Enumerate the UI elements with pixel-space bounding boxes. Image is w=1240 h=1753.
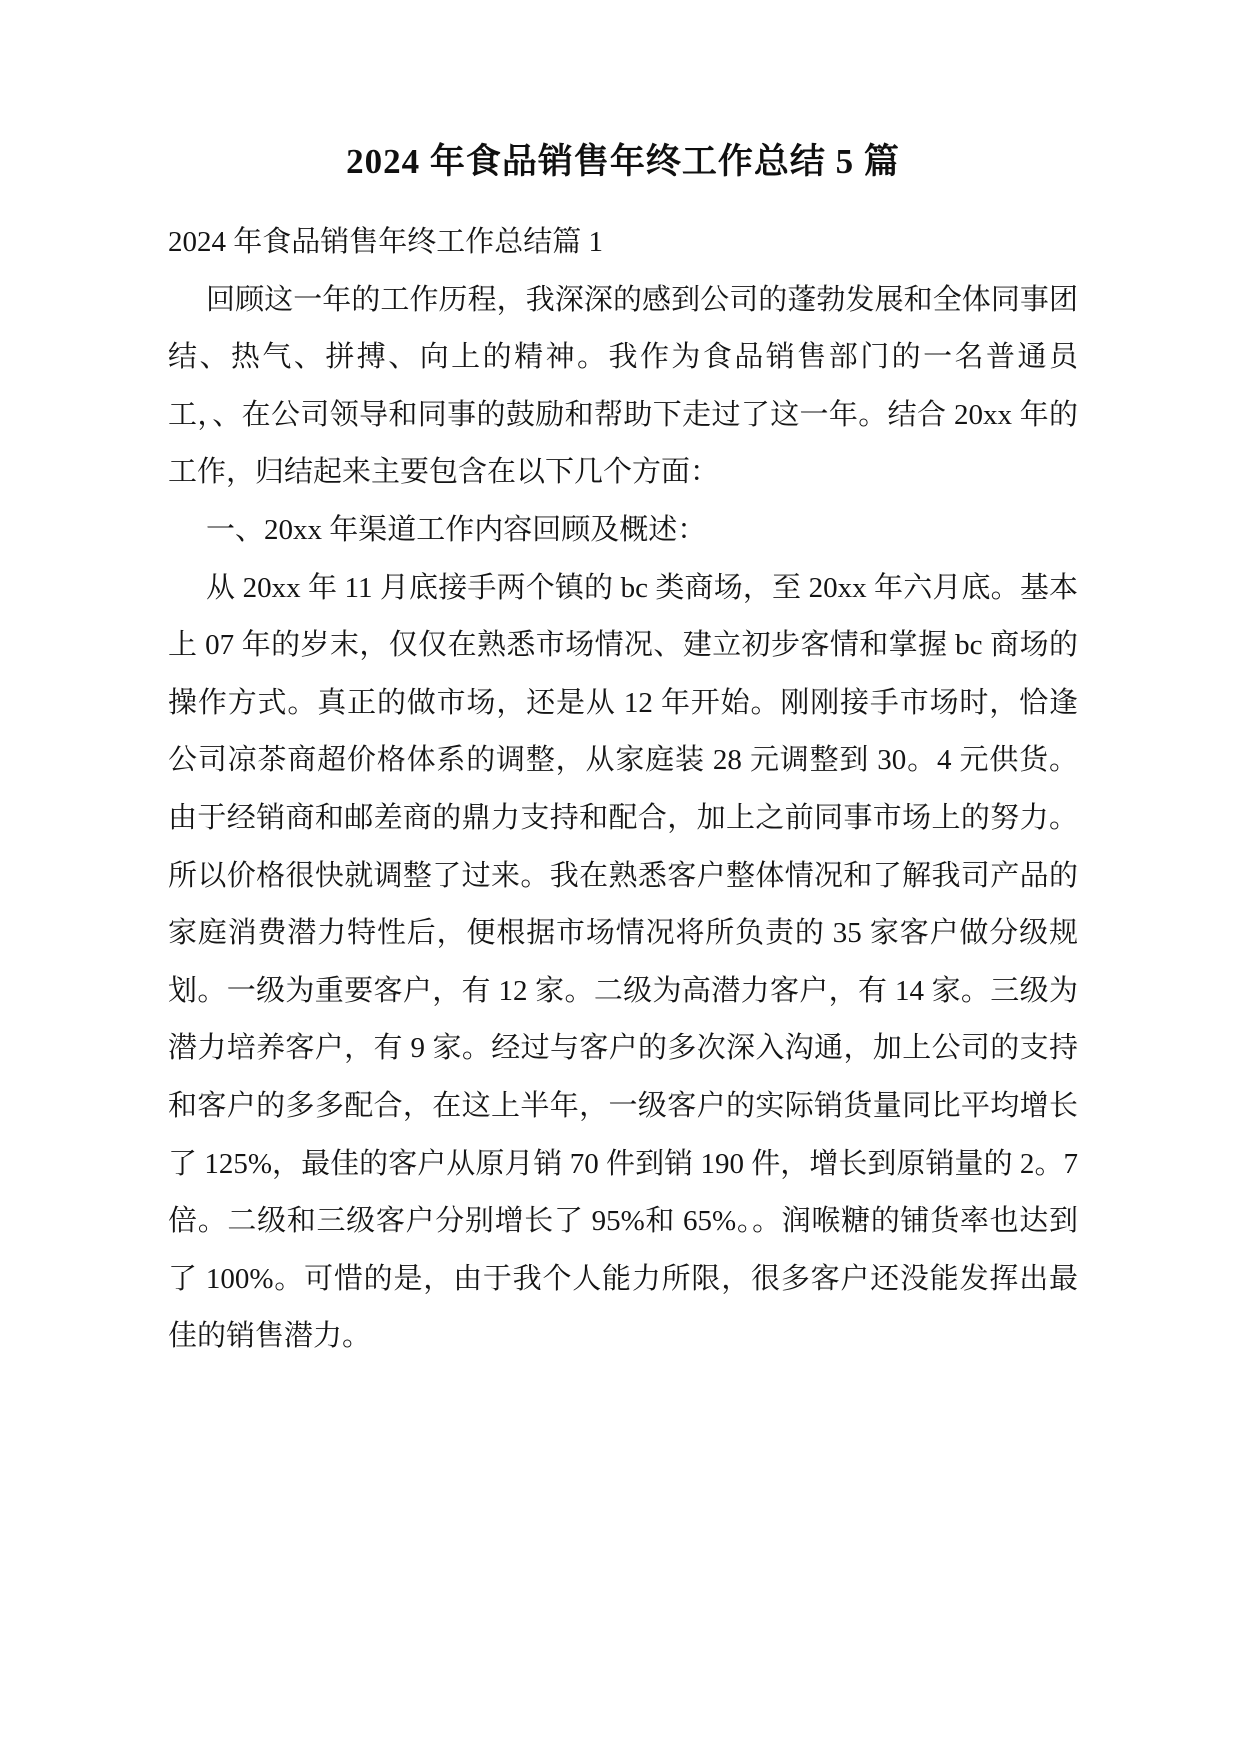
paragraph: 一、20xx 年渠道工作内容回顾及概述：: [168, 502, 1078, 560]
paragraph-container: 回顾这一年的工作历程，我深深的感到公司的蓬勃发展和全体同事团结、热气、拼搏、向上…: [168, 272, 1078, 1366]
document-page: 2024 年食品销售年终工作总结 5 篇 2024 年食品销售年终工作总结篇 1…: [0, 0, 1240, 1753]
document-title: 2024 年食品销售年终工作总结 5 篇: [168, 138, 1078, 186]
paragraph: 从 20xx 年 11 月底接手两个镇的 bc 类商场，至 20xx 年六月底。…: [168, 560, 1078, 1366]
section-heading: 2024 年食品销售年终工作总结篇 1: [168, 214, 1078, 272]
paragraph: 回顾这一年的工作历程，我深深的感到公司的蓬勃发展和全体同事团结、热气、拼搏、向上…: [168, 272, 1078, 502]
document-body: 2024 年食品销售年终工作总结篇 1 回顾这一年的工作历程，我深深的感到公司的…: [168, 214, 1078, 1366]
